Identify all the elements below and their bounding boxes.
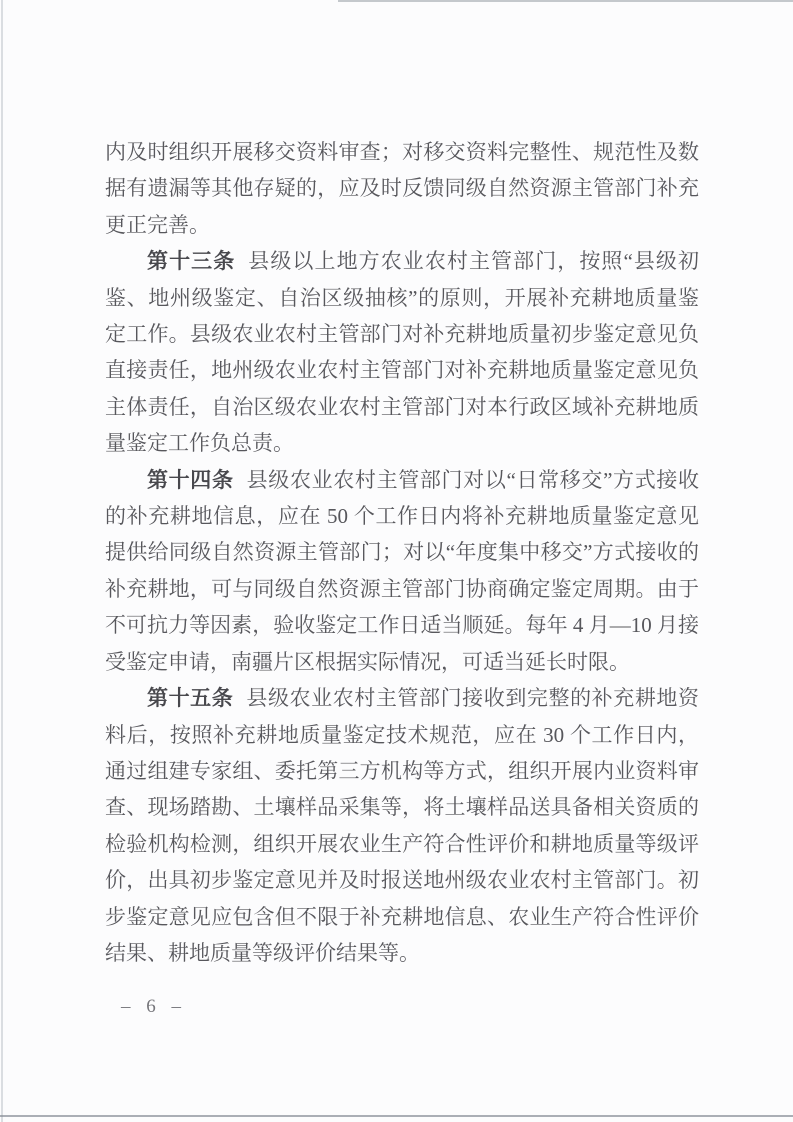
paragraph-article-13: 第十三条县级以上地方农业农村主管部门，按照“县级初鉴、地州级鉴定、自治区级抽核”… (105, 243, 699, 461)
paragraph-article-14: 第十四条县级农业农村主管部门对以“日常移交”方式接收的补充耕地信息，应在 50 … (105, 462, 699, 680)
article-13-text: 县级以上地方农业农村主管部门，按照“县级初鉴、地州级鉴定、自治区级抽核”的原则，… (105, 249, 699, 455)
scanned-document-page: 内及时组织开展移交资料审查；对移交资料完整性、规范性及数据有遗漏等其他存疑的，应… (0, 0, 793, 1122)
scan-edge-left (1, 0, 3, 1122)
paragraph-article-15: 第十五条县级农业农村主管部门接收到完整的补充耕地资料后，按照补充耕地质量鉴定技术… (105, 680, 699, 971)
scan-edge-bottom (0, 1115, 793, 1117)
article-14-text: 县级农业农村主管部门对以“日常移交”方式接收的补充耕地信息，应在 50 个工作日… (105, 468, 699, 674)
paragraph-continuation: 内及时组织开展移交资料审查；对移交资料完整性、规范性及数据有遗漏等其他存疑的，应… (105, 134, 699, 243)
article-15-text: 县级农业农村主管部门接收到完整的补充耕地资料后，按照补充耕地质量鉴定技术规范，应… (105, 686, 699, 965)
document-body: 内及时组织开展移交资料审查；对移交资料完整性、规范性及数据有遗漏等其他存疑的，应… (105, 134, 699, 971)
article-14-number: 第十四条 (147, 468, 234, 492)
article-13-number: 第十三条 (147, 249, 235, 273)
scan-edge-top (338, 0, 793, 2)
article-15-number: 第十五条 (147, 686, 233, 710)
page-number: – 6 – (121, 996, 184, 1018)
